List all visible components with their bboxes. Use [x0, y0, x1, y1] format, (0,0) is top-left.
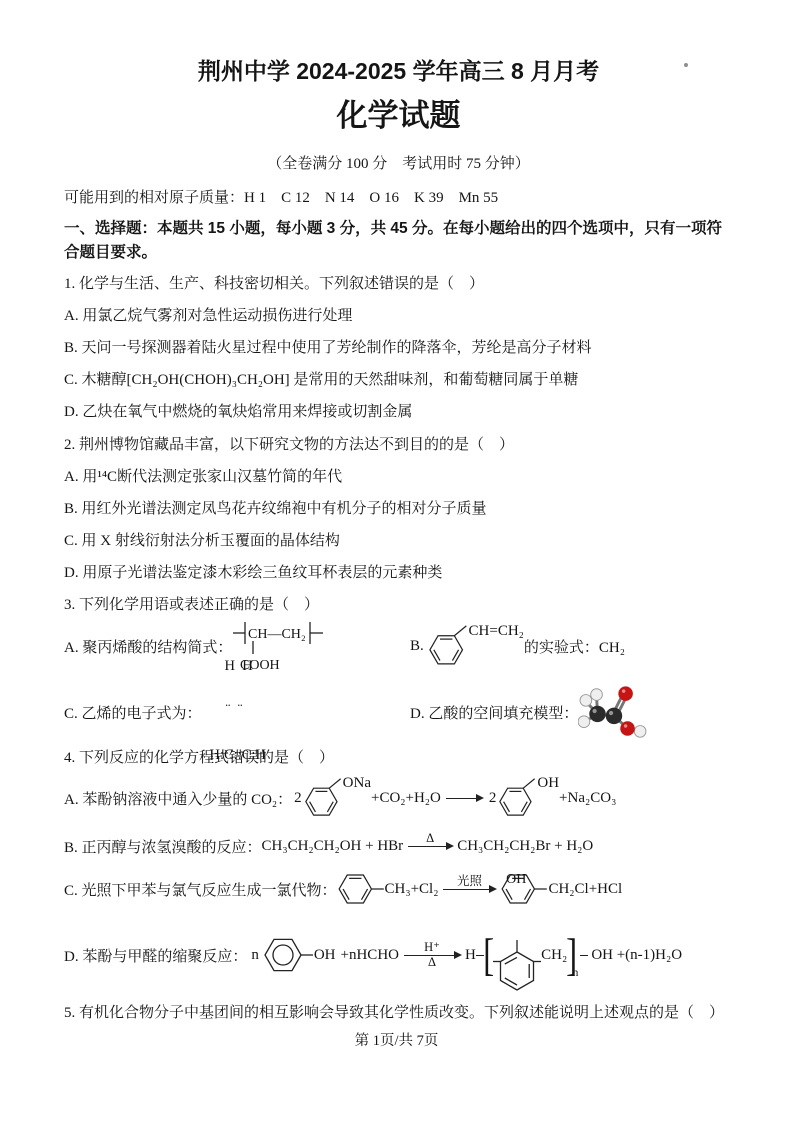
- q3-option-b: B. CH=CH₂ 的实验式：CH₂: [410, 622, 625, 670]
- q4-option-c-rhs: CH₂Cl+HCl: [548, 881, 622, 898]
- page-title: 荆州中学 2024-2025 学年高三 8 月月考: [64, 56, 733, 86]
- q2-option-b: B. 用红外光谱法测定凤鸟花卉纹绵袍中有机分子的相对分子质量: [64, 499, 733, 520]
- reaction-arrow-light: 光照: [443, 875, 495, 904]
- phenolate-group: ONa: [343, 775, 371, 792]
- polymer-end-h: H: [465, 947, 476, 964]
- phenol-ring: [262, 934, 314, 976]
- methylene-group: CH₂: [541, 947, 567, 964]
- q3-option-b-suffix: 的实验式：CH₂: [524, 636, 625, 657]
- q4-option-d: D. 苯酚与甲醛的缩聚反应： n OH +nHCHO H⁺Δ H [ OH: [64, 915, 733, 995]
- benzene-ring: [337, 870, 385, 908]
- q4-option-a-tail: +Na₂CO₃: [559, 790, 616, 807]
- q5-stem: 5. 有机化合物分子中基团间的相互影响会导致其化学性质改变。下列叙述能说明上述观…: [64, 1003, 733, 1024]
- coefficient: 2: [489, 790, 497, 807]
- section-header: 一、选择题：本题共 15 小题，每小题 3 分，共 45 分。在每小题给出的四个…: [64, 217, 733, 265]
- benzene-ring: [493, 927, 541, 1001]
- atomic-mass-note: 可能用到的相对原子质量：H 1 C 12 N 14 O 16 K 39 Mn 5…: [64, 188, 733, 209]
- reaction-arrow-acid-heat: H⁺Δ: [404, 941, 460, 970]
- reaction-arrow: [446, 784, 482, 813]
- phenol-unit-oh: OH: [506, 873, 526, 887]
- polymer-n: n: [251, 947, 259, 964]
- page-footer: 第 1页/共 7页: [0, 1029, 793, 1050]
- q4-option-d-label: D. 苯酚与甲醛的缩聚反应：: [64, 945, 247, 966]
- q4-option-b: B. 正丙醇与浓氢溴酸的反应： CH₃CH₂CH₂OH + HBr Δ CH₃C…: [64, 829, 733, 863]
- q1-stem: 1. 化学与生活、生产、科技密切相关。下列叙述错误的是（ ）: [64, 274, 733, 295]
- q4-option-c-label: C. 光照下甲苯与氯气反应生成一氯代物：: [64, 879, 337, 900]
- reaction-arrow-delta: Δ: [408, 832, 452, 861]
- q2-option-a: A. 用¹⁴C断代法测定张家山汉墓竹简的年代: [64, 467, 733, 488]
- q3-option-b-label: B.: [410, 638, 428, 655]
- q4-option-b-lhs: CH₃CH₂CH₂OH + HBr: [262, 838, 404, 855]
- q1-option-a: A. 用氯乙烷气雾剂对急性运动损伤进行处理: [64, 306, 733, 327]
- q1-option-d: D. 乙炔在氧气中燃烧的氧炔焰常用来焊接或切割金属: [64, 402, 733, 423]
- exam-page: 荆州中学 2024-2025 学年高三 8 月月考 化学试题 （全卷满分 100…: [0, 0, 793, 1122]
- q4-option-a-mid: +CO₂+H₂O: [371, 790, 441, 807]
- exam-info: （全卷满分 100 分 考试用时 75 分钟）: [64, 154, 733, 174]
- print-artifact-dot: [684, 63, 688, 67]
- q1-option-c: C. 木糖醇[CH₂OH(CHOH)₃CH₂OH] 是常用的天然甜味剂，和葡萄糖…: [64, 370, 733, 391]
- q4-option-d-hcho: +nHCHO: [341, 947, 399, 964]
- close-bracket: ]: [566, 932, 577, 978]
- q1-option-b: B. 天问一号探测器着陆火星过程中使用了芳纶制作的降落伞，芳纶是高分子材料: [64, 338, 733, 359]
- q3-option-d-label: D. 乙酸的空间填充模型：: [410, 702, 578, 723]
- q4-option-d-tail: OH +(n-1)H₂O: [591, 947, 682, 964]
- q4-option-b-rhs: CH₃CH₂CH₂Br + H₂O: [457, 838, 593, 855]
- q4-option-c-lhs: CH₃+Cl₂: [385, 881, 439, 898]
- q3-option-c: C. 乙烯的电子式为： H H ¨ ¨ H:C::C:H: [64, 627, 410, 798]
- acetic-acid-space-filling-model: [578, 681, 648, 743]
- benzene-ring: [498, 775, 542, 821]
- ethylene-electron-dot-formula: H H ¨ ¨ H:C::C:H: [210, 626, 266, 797]
- page-subtitle: 化学试题: [64, 96, 733, 136]
- benzene-ring: [428, 622, 474, 670]
- benzene-ring: [304, 775, 348, 821]
- q3-option-c-label: C. 乙烯的电子式为：: [64, 702, 202, 723]
- phenol-unit: OH: [493, 876, 541, 1035]
- q4-option-b-label: B. 正丙醇与浓氢溴酸的反应：: [64, 836, 262, 857]
- q3-option-b-vinyl: CH=CH₂: [469, 623, 524, 640]
- coefficient: 2: [294, 790, 302, 807]
- q4-option-c: C. 光照下甲苯与氯气反应生成一氯代物： CH₃+Cl₂ 光照 CH₂Cl+: [64, 865, 733, 913]
- hydroxyl-group: OH: [537, 775, 559, 792]
- bond: [580, 955, 588, 956]
- phenol-oh: OH: [314, 947, 336, 964]
- q2-option-c: C. 用 X 射线衍射法分析玉覆面的晶体结构: [64, 531, 733, 552]
- q3-options-row-cd: C. 乙烯的电子式为： H H ¨ ¨ H:C::C:H D. 乙酸的空间填充模…: [64, 680, 733, 744]
- q2-stem: 2. 荆州博物馆藏品丰富，以下研究文物的方法达不到目的的是（ ）: [64, 435, 733, 456]
- q3-option-d: D. 乙酸的空间填充模型：: [410, 681, 648, 743]
- q2-option-d: D. 用原子光谱法鉴定漆木彩绘三鱼纹耳杯表层的元素种类: [64, 563, 733, 584]
- q3-stem: 3. 下列化学用语或表述正确的是（ ）: [64, 595, 733, 616]
